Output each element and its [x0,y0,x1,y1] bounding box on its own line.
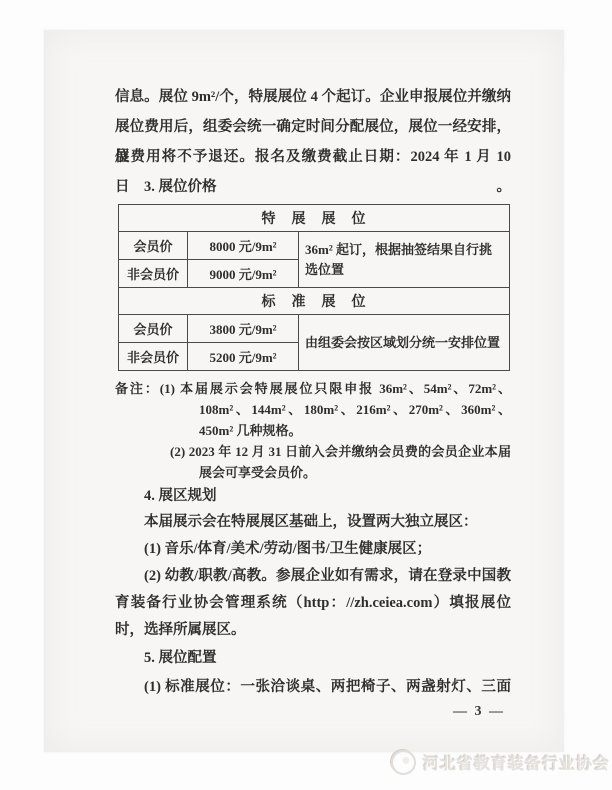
paragraph-line: (1) 标准展位：一张洽谈桌、两把椅子、两盏射灯、三面 [115,672,511,702]
watermark-text: 河北省教育装备行业协会 [423,751,610,774]
remark-line: 展会可享受会员价。 [115,462,511,483]
table-cell-special-nonmember-label: 非会员价 [119,260,188,288]
table-header-standard-booth: 标 准 展 位 [119,288,510,315]
paragraph-line: 育装备行业协会管理系统（http：//zh.ceiea.com）填报展位 [115,590,511,617]
document-content: 信息。展位 9m²/个，特展展位 4 个起订。企业申报展位并缴纳 展位费用后，组… [115,82,511,721]
table-cell-special-member-price: 8000 元/9m² [188,232,299,260]
watermark: 河北省教育装备行业协会 [391,750,610,775]
paragraph-line: (1) 音乐/体育/美术/劳动/图书/卫生健康展区； [115,536,511,563]
table-cell-special-nonmember-price: 9000 元/9m² [188,260,299,288]
section-heading-zone-plan: 4. 展区规划 [115,483,511,509]
scan-page: 信息。展位 9m²/个，特展展位 4 个起订。企业申报展位并缴纳 展位费用后，组… [44,30,564,752]
paragraph-line: 本届展示会在特展展区基础上，设置两大独立展区： [115,509,511,536]
table-row: 特 展 展 位 [119,205,510,232]
paragraph-line: 信息。展位 9m²/个，特展展位 4 个起订。企业申报展位并缴纳 [115,82,511,112]
table-cell-special-member-label: 会员价 [119,232,188,260]
table-row: 会员价 3800 元/9m² 由组委会按区域划分统一安排位置 [119,315,510,343]
paragraph-line: 展位费用后，组委会统一确定时间分配展位，展位一经安排，展 [115,112,511,142]
remark-line: (2) 2023 年 12 月 31 日前入会并缴纳会员费的会员企业本届 [115,441,511,462]
scan-background: 信息。展位 9m²/个，特展展位 4 个起订。企业申报展位并缴纳 展位费用后，组… [0,0,612,790]
page-number: — 3 — [115,703,511,721]
remarks: 备注：(1) 本届展示会特展展位只限申报 36m²、54m²、72m²、 108… [115,378,511,483]
table-header-special-booth: 特 展 展 位 [119,205,510,232]
table-row: 标 准 展 位 [119,288,510,315]
paragraph-line: 位费用将不予退还。报名及缴费截止日期：2024 年 1 月 10 日。 [115,142,511,172]
booth-price-table: 特 展 展 位 会员价 8000 元/9m² 36m² 起订，根据抽签结果自行挑… [118,204,510,371]
table-cell-standard-nonmember-price: 5200 元/9m² [188,343,299,371]
association-logo-icon [391,750,416,775]
table-cell-special-note: 36m² 起订，根据抽签结果自行挑选位置 [299,232,510,288]
paragraph-line: 时，选择所属展区。 [115,617,511,644]
table-row: 会员价 8000 元/9m² 36m² 起订，根据抽签结果自行挑选位置 [119,232,510,260]
remark-line: 450m² 几种规格。 [115,420,511,441]
remark-line: 备注：(1) 本届展示会特展展位只限申报 36m²、54m²、72m²、 [115,378,511,399]
table-cell-standard-member-price: 3800 元/9m² [188,315,299,343]
table-cell-standard-member-label: 会员价 [119,315,188,343]
table-cell-standard-nonmember-label: 非会员价 [119,343,188,371]
section-heading-booth-config: 5. 展位配置 [115,644,511,672]
table-cell-standard-note: 由组委会按区域划分统一安排位置 [299,315,510,371]
paragraph-line: (2) 幼教/职教/高教。参展企业如有需求，请在登录中国教 [115,563,511,590]
remark-line: 108m²、144m²、180m²、216m²、270m²、360m²、 [115,399,511,420]
